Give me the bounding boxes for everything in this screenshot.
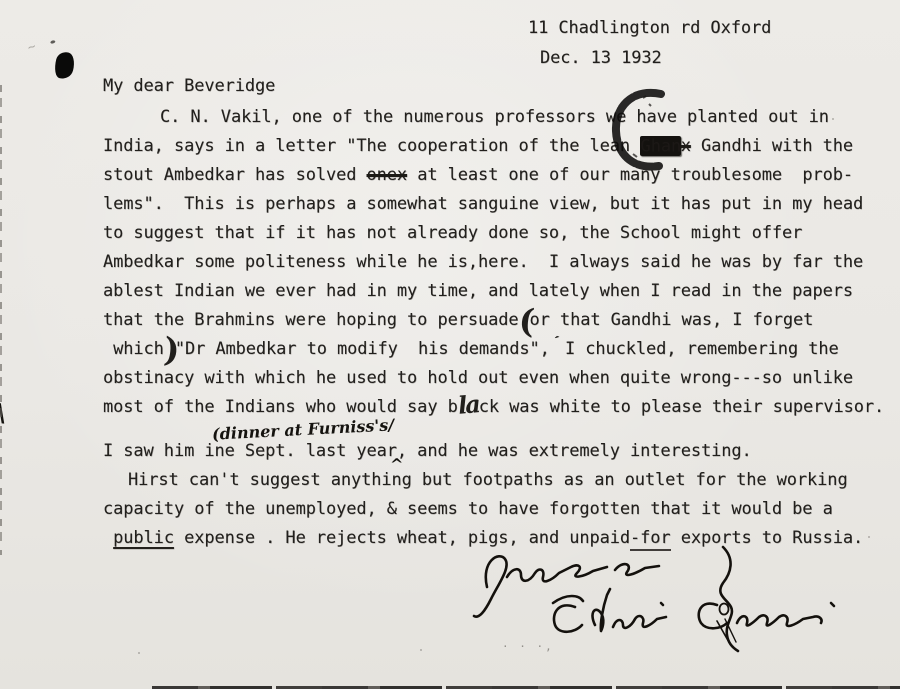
text-seg: capacity of the unemployed, & seems to h… (103, 499, 833, 519)
seg-hwover: la (458, 404, 479, 406)
paper-speck (420, 649, 422, 651)
seg-strike: onex (367, 165, 408, 185)
text-seg: India, says in a letter "The cooperation… (103, 136, 640, 156)
paper-speck (832, 118, 834, 120)
seg-hwparen: ( (519, 321, 530, 322)
paper-speck (868, 536, 870, 538)
text-seg: ablest Indian we ever had in my time, an… (103, 281, 853, 301)
text-seg: to suggest that if it has not already do… (103, 223, 802, 243)
text-seg: Hirst can't suggest anything but footpat… (128, 470, 848, 490)
text-seg: or that Gandhi was, I forget (530, 310, 814, 330)
text-seg: Ambedkar some politeness while he is,her… (103, 252, 863, 272)
text-seg: Gandhi with the (691, 136, 853, 156)
seg-strike: x (681, 136, 691, 156)
paper-speck (138, 652, 140, 654)
text-seg: ck was white to please their supervisor. (479, 397, 884, 417)
seg-u: public (113, 528, 174, 548)
letter-line: capacity of the unemployed, & seems to h… (103, 495, 900, 524)
text-seg: I chuckled, remembering the (555, 339, 839, 359)
text-seg: stout Ambedkar has solved (103, 165, 367, 185)
scan-edge-left (0, 85, 2, 555)
letter-line: lems". This is perhaps a somewhat sangui… (103, 190, 900, 219)
letter-line: Ambedkar some politeness while he is,her… (103, 248, 900, 277)
letter-line: C. N. Vakil, one of the numerous profess… (103, 103, 900, 132)
letter-line: that the Brahmins were hoping to persuad… (103, 306, 900, 335)
text-seg: most of the Indians who would say b (103, 397, 458, 417)
letter-line: to suggest that if it has not already do… (103, 219, 900, 248)
letter-line: India, says in a letter "The cooperation… (103, 132, 900, 161)
text-seg: obstinacy with which he used to hold out… (103, 368, 853, 388)
letter-line: stout Ambedkar has solved onex at least … (103, 161, 900, 190)
text-seg: I saw him ine Sept. last year, and he wa… (103, 441, 752, 461)
salutation: My dear Beveridge (103, 76, 275, 96)
letter-line: Hirst can't suggest anything but footpat… (103, 466, 900, 495)
ink-blot-mark (52, 50, 77, 81)
text-seg: which (103, 339, 164, 359)
text-seg (103, 528, 113, 548)
faint-squiggle-mark: ~ (26, 39, 38, 56)
letter-line: obstinacy with which he used to hold out… (103, 364, 900, 393)
letter-body: C. N. Vakil, one of the numerous profess… (103, 103, 900, 553)
stamp-smudge-mark (603, 84, 675, 178)
text-seg: C. N. Vakil, one of the numerous profess… (160, 107, 829, 127)
letter-line: which)"Dr Ambedkar to modify his demands… (103, 335, 900, 364)
seg-hwparen: ) (164, 350, 175, 351)
letter-line: most of the Indians who would say black … (103, 393, 900, 422)
sender-address: 11 Chadlington rd Oxford (528, 18, 771, 38)
text-seg: "Dr Ambedkar to modify his demands", (175, 339, 550, 359)
text-seg: that the Brahmins were hoping to persuad… (103, 310, 519, 330)
signature (455, 543, 847, 653)
text-seg: lems". This is perhaps a somewhat sangui… (103, 194, 863, 214)
letter-date: Dec. 13 1932 (540, 48, 662, 68)
insertion-caret-mark: ^ (390, 455, 403, 474)
letter-page: 11 Chadlington rd Oxford Dec. 13 1932 My… (0, 0, 900, 689)
letter-line: ablest Indian we ever had in my time, an… (103, 277, 900, 306)
